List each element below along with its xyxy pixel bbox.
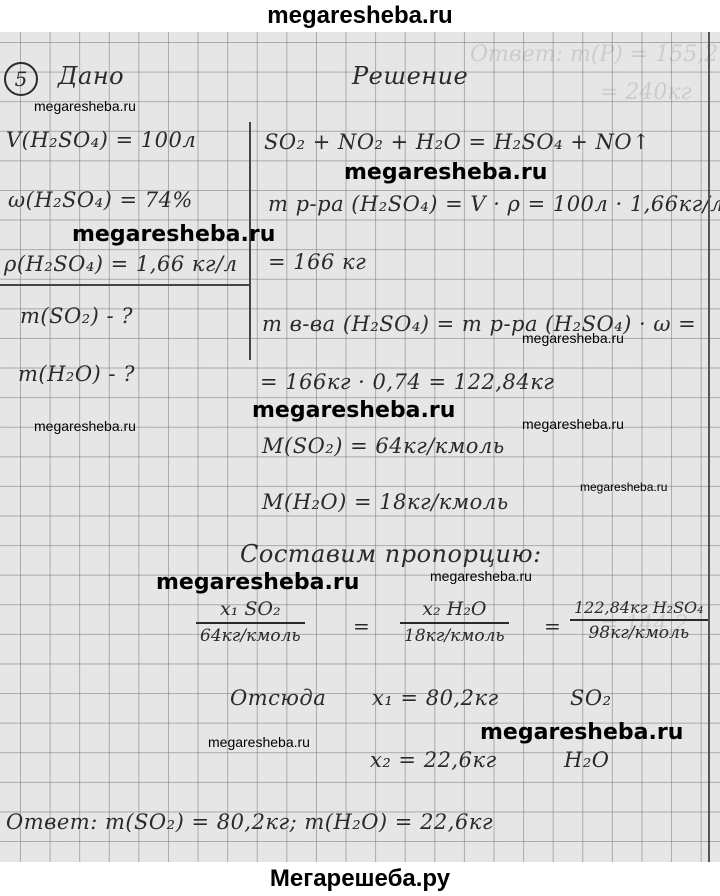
proportion-heading: Составим пропорцию: bbox=[240, 540, 542, 568]
watermark: megaresheba.ru bbox=[72, 222, 275, 247]
given-heading: Дано bbox=[58, 62, 124, 90]
molar-mass-so2: M(SO₂) = 64кг/кмоль bbox=[262, 434, 505, 458]
fraction-numerator: x₂ H₂O bbox=[418, 598, 490, 620]
watermark: megaresheba.ru bbox=[580, 480, 667, 494]
watermark: megaresheba.ru bbox=[522, 416, 624, 432]
fraction-bar bbox=[196, 622, 305, 624]
result-x2: x₂ = 22,6кг bbox=[370, 748, 497, 772]
bleed-through-text: = 240кг bbox=[600, 80, 692, 105]
given-divider bbox=[0, 284, 250, 286]
find-h2o: m(H₂O) - ? bbox=[18, 362, 135, 386]
fraction-h2o: x₂ H₂O 18кг/кмоль bbox=[400, 598, 509, 646]
watermark: megaresheba.ru bbox=[480, 720, 683, 745]
result-x1: x₁ = 80,2кг bbox=[372, 686, 499, 710]
site-footer: Мегарешеба.ру bbox=[0, 862, 720, 896]
fraction-h2so4: 122,84кг H₂SO₄ 98кг/кмоль bbox=[570, 598, 708, 643]
equals-sign: = bbox=[544, 614, 561, 638]
watermark: megaresheba.ru bbox=[156, 570, 359, 595]
result-label: Отсюда bbox=[230, 686, 326, 710]
notebook-page: Ответ: m(P) = 155,2кг = 240кг = 144,2 5 … bbox=[0, 32, 720, 862]
given-volume: V(H₂SO₄) = 100л bbox=[6, 128, 196, 152]
watermark: megaresheba.ru bbox=[344, 160, 547, 185]
find-so2: m(SO₂) - ? bbox=[20, 304, 133, 328]
equals-sign: = bbox=[353, 614, 370, 638]
result-x2-substance: H₂O bbox=[564, 748, 609, 772]
watermark: megaresheba.ru bbox=[252, 398, 455, 423]
substance-mass-line: m в-ва (H₂SO₄) = m р-ра (H₂SO₄) · ω = bbox=[262, 312, 696, 336]
solution-mass-result: = 166 кг bbox=[268, 250, 366, 274]
watermark: megaresheba.ru bbox=[34, 418, 136, 434]
solution-heading: Решение bbox=[352, 62, 468, 90]
result-x1-substance: SO₂ bbox=[570, 686, 612, 710]
given-mass-fraction: ω(H₂SO₄) = 74% bbox=[8, 188, 193, 212]
bleed-through-text: Ответ: m(P) = 155,2кг bbox=[470, 42, 720, 67]
substance-mass-result: = 166кг · 0,74 = 122,84кг bbox=[260, 370, 554, 394]
solution-mass-line: m р-ра (H₂SO₄) = V · ρ = 100л · 1,66кг/л… bbox=[268, 192, 720, 216]
problem-number: 5 bbox=[4, 62, 38, 96]
fraction-numerator: 122,84кг H₂SO₄ bbox=[570, 598, 708, 617]
fraction-bar bbox=[400, 622, 509, 624]
reaction-equation: SO₂ + NO₂ + H₂O = H₂SO₄ + NO↑ bbox=[264, 130, 650, 154]
given-density: ρ(H₂SO₄) = 1,66 кг/л bbox=[4, 252, 237, 276]
final-answer: Ответ: m(SO₂) = 80,2кг; m(H₂O) = 22,6кг bbox=[6, 810, 493, 834]
watermark: megaresheba.ru bbox=[430, 568, 532, 584]
site-header: megaresheba.ru bbox=[0, 0, 720, 32]
fraction-denominator: 98кг/кмоль bbox=[584, 623, 693, 643]
fraction-bar bbox=[570, 619, 708, 621]
molar-mass-h2o: M(H₂O) = 18кг/кмоль bbox=[262, 490, 509, 514]
watermark: megaresheba.ru bbox=[208, 734, 310, 750]
fraction-numerator: x₁ SO₂ bbox=[216, 598, 285, 620]
watermark: megaresheba.ru bbox=[34, 98, 136, 114]
fraction-so2: x₁ SO₂ 64кг/кмоль bbox=[196, 598, 305, 646]
fraction-denominator: 64кг/кмоль bbox=[196, 626, 305, 646]
watermark: megaresheba.ru bbox=[522, 330, 624, 346]
fraction-denominator: 18кг/кмоль bbox=[400, 626, 509, 646]
